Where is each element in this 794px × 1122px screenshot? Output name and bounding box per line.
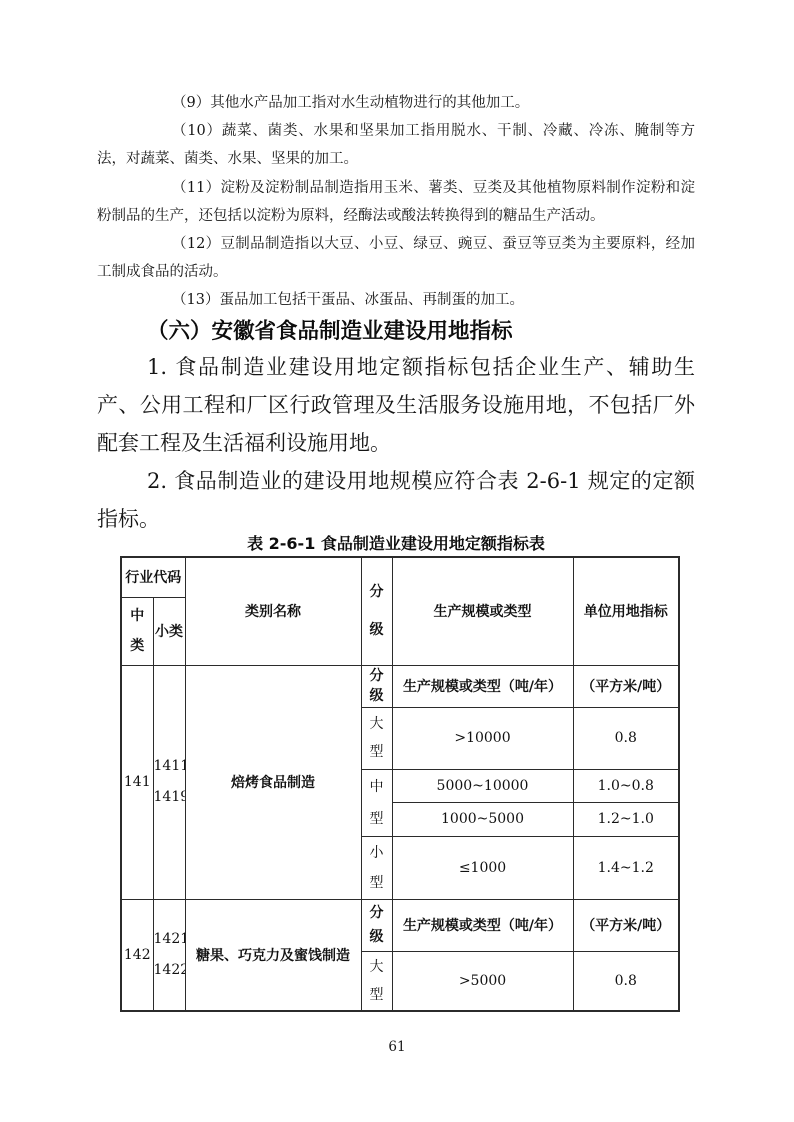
section-heading: （六）安徽省食品制造业建设用地指标 [97,315,737,349]
g141-category: 焙烤食品制造 [185,665,361,899]
g142-subheader-grade: 分级 [361,899,392,951]
g141-sub-codes: 1411 1419 [153,665,185,899]
header-category-name: 类别名称 [185,557,361,665]
g142-large-unit: 0.8 [573,951,679,1011]
g141-small-unit: 1.4~1.2 [573,836,679,899]
g142-large-grade: 大型 [361,951,392,1011]
paragraph-11: （11）淀粉及淀粉制品制造指用玉米、薯类、豆类及其他植物原料制作淀粉和淀粉制品的… [97,174,695,230]
grade-text: 分级 [369,573,384,649]
g142-large-scale: >5000 [392,951,573,1011]
g141-medium-unit-2: 1.2~1.0 [573,802,679,836]
section-item-1: 1. 食品制造业建设用地定额指标包括企业生产、辅助生产、公用工程和厂区行政管理及… [97,348,695,462]
paragraph-9: （9）其他水产品加工指对水生动植物进行的其他加工。 [97,89,695,117]
page-number: 61 [0,1039,794,1055]
grade-text: 大型 [369,953,384,1009]
g141-subheader-scale: 生产规模或类型（吨/年） [392,665,573,707]
g141-medium-scale-1: 5000~10000 [392,769,573,802]
sub-code-line: 1422 [154,955,185,986]
notes-block: （9）其他水产品加工指对水生动植物进行的其他加工。 （10）蔬菜、菌类、水果和坚… [97,89,695,315]
g141-subheader-unit: （平方米/吨） [573,665,679,707]
g142-mid-code: 142 [121,899,153,1011]
header-industry-code: 行业代码 [121,557,185,597]
g142-sub-codes: 1421 1422 [153,899,185,1011]
g141-small-scale: ≤1000 [392,836,573,899]
header-sub-class: 小类 [153,597,185,665]
grade-text: 分级 [369,666,384,706]
grade-text: 分级 [369,901,384,949]
document-page: （9）其他水产品加工指对水生动植物进行的其他加工。 （10）蔬菜、菌类、水果和坚… [0,0,794,1122]
g142-category: 糖果、巧克力及蜜饯制造 [185,899,361,1011]
paragraph-12: （12）豆制品制造指以大豆、小豆、绿豆、豌豆、蚕豆等豆类为主要原料，经加工制成食… [97,230,695,286]
g142-subheader-unit: （平方米/吨） [573,899,679,951]
g141-subheader-grade: 分级 [361,665,392,707]
paragraph-13: （13）蛋品加工包括干蛋品、冰蛋品、再制蛋的加工。 [97,286,695,314]
quota-table: 行业代码 类别名称 分级 生产规模或类型 单位用地指标 中类 小类 141 14… [120,556,680,1012]
g141-large-unit: 0.8 [573,707,679,769]
grade-text: 中型 [369,771,384,835]
g141-mid-code: 141 [121,665,153,899]
paragraph-10: （10）蔬菜、菌类、水果和坚果加工指用脱水、干制、冷藏、冷冻、腌制等方法，对蔬菜… [97,117,695,173]
g141-medium-unit-1: 1.0~0.8 [573,769,679,802]
sub-code-line: 1411 [154,751,185,782]
g141-small-grade: 小型 [361,836,392,899]
g142-subheader-scale: 生产规模或类型（吨/年） [392,899,573,951]
section-items: 1. 食品制造业建设用地定额指标包括企业生产、辅助生产、公用工程和厂区行政管理及… [97,348,695,538]
sub-code-line: 1421 [154,924,185,955]
section-item-2: 2. 食品制造业的建设用地规模应符合表 2-6-1 规定的定额指标。 [97,462,695,538]
sub-code-line: 1419 [154,782,185,813]
g141-large-grade: 大型 [361,707,392,769]
header-scale-type: 生产规模或类型 [392,557,573,665]
table-title: 表 2-6-1 食品制造业建设用地定额指标表 [97,533,695,555]
header-grade: 分级 [361,557,392,665]
header-mid-class: 中类 [121,597,153,665]
table-row: 行业代码 类别名称 分级 生产规模或类型 单位用地指标 [121,557,679,597]
g141-medium-scale-2: 1000~5000 [392,802,573,836]
mid-class-text: 中类 [130,601,145,661]
grade-text: 小型 [369,838,384,898]
header-unit-index: 单位用地指标 [573,557,679,665]
grade-text: 大型 [369,710,384,766]
g141-medium-grade: 中型 [361,769,392,836]
table-row: 142 1421 1422 糖果、巧克力及蜜饯制造 分级 生产规模或类型（吨/年… [121,899,679,951]
g141-large-scale: >10000 [392,707,573,769]
table-row: 141 1411 1419 焙烤食品制造 分级 生产规模或类型（吨/年） （平方… [121,665,679,707]
